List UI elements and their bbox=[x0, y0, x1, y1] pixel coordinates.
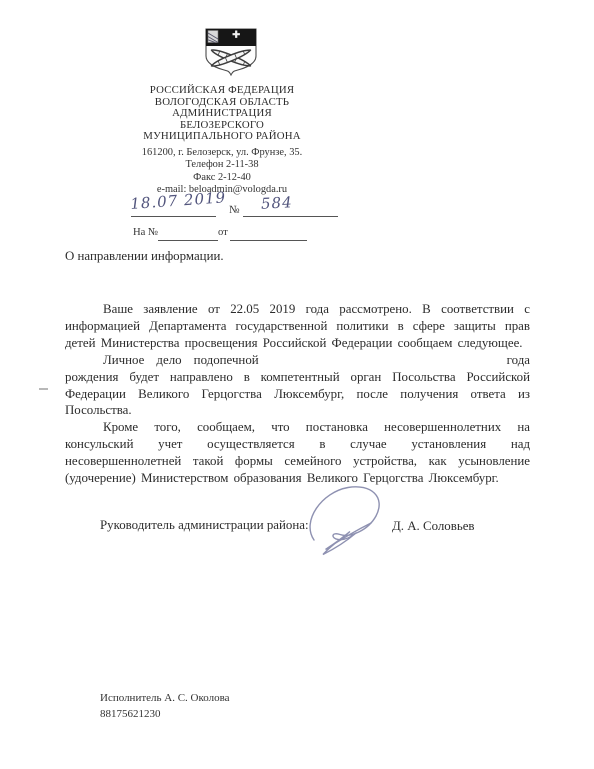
executor-phone: 88175621230 bbox=[100, 707, 230, 723]
reply-to-label: На № bbox=[133, 227, 158, 238]
reply-from-label: от bbox=[218, 227, 228, 238]
executor-name: Исполнитель А. С. Околова bbox=[100, 691, 230, 707]
signer-name: Д. А. Соловьев bbox=[392, 519, 475, 534]
letter-body: Ваше заявление от 22.05 2019 года рассмо… bbox=[65, 301, 530, 487]
org-line: РОССИЙСКАЯ ФЕДЕРАЦИЯ bbox=[72, 85, 372, 97]
paragraph-2-start: Личное дело подопечной bbox=[103, 353, 259, 367]
address-line: 161200, г. Белозерск, ул. Фрунзе, 35. bbox=[72, 147, 372, 159]
body-paragraph-2: Личное дело подопечнойгода рождения буде… bbox=[65, 352, 530, 420]
subject-line: О направлении информации. bbox=[65, 249, 224, 264]
reply-date-underline bbox=[230, 224, 307, 241]
number-sign-label: № bbox=[229, 204, 240, 216]
phone-line: Телефон 2-11-38 bbox=[72, 159, 372, 171]
letterhead-org-block: РОССИЙСКАЯ ФЕДЕРАЦИЯ ВОЛОГОДСКАЯ ОБЛАСТЬ… bbox=[72, 85, 372, 143]
signer-title: Руководитель администрации района: bbox=[100, 518, 309, 533]
reply-number-underline bbox=[158, 224, 218, 241]
executor-block: Исполнитель А. С. Околова 88175621230 bbox=[100, 691, 230, 722]
signature-icon bbox=[297, 483, 403, 565]
fax-line: Факс 2-12-40 bbox=[72, 172, 372, 184]
coat-of-arms-icon bbox=[203, 26, 259, 78]
org-line: МУНИЦИПАЛЬНОГО РАЙОНА bbox=[72, 131, 372, 143]
body-paragraph-3: Кроме того, сообщаем, что постановка нес… bbox=[65, 419, 530, 487]
body-paragraph-1: Ваше заявление от 22.05 2019 года рассмо… bbox=[65, 301, 530, 352]
handwritten-number: 584 bbox=[261, 193, 294, 213]
scan-artifact-dash bbox=[39, 388, 48, 390]
scanned-letter-page: РОССИЙСКАЯ ФЕДЕРАЦИЯ ВОЛОГОДСКАЯ ОБЛАСТЬ… bbox=[0, 0, 594, 769]
